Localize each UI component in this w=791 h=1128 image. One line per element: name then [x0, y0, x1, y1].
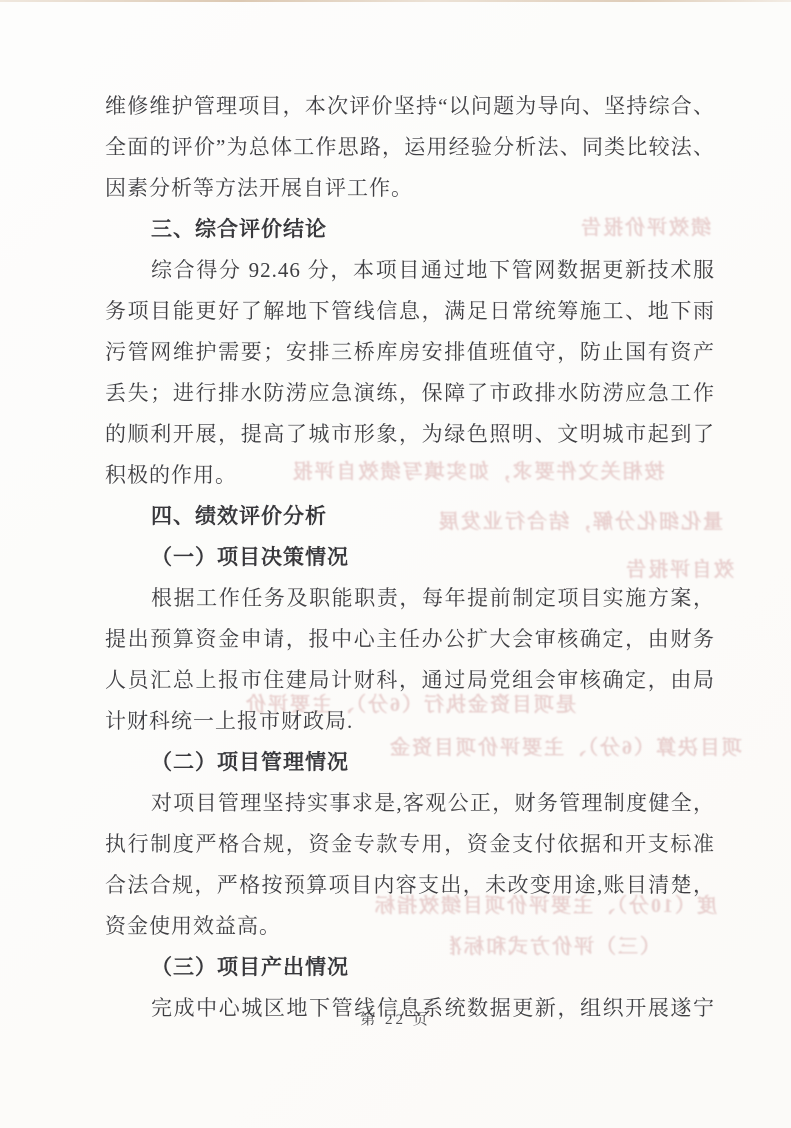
heading-section-3: 三、综合评价结论	[105, 209, 715, 250]
body-line: 维修维护管理项目，本次评价坚持“以问题为导向、坚持综合、	[105, 86, 715, 127]
body-line: 执行制度严格合规，资金专款专用，资金支付依据和开支标准	[105, 824, 715, 865]
page-number: 第 22 页	[0, 1008, 791, 1029]
body-line: 根据工作任务及职能职责，每年提前制定项目实施方案，	[105, 578, 715, 619]
body-line: 资金使用效益高。	[105, 906, 715, 947]
body-line: 因素分析等方法开展自评工作。	[105, 168, 715, 209]
heading-section-4: 四、绩效评价分析	[105, 496, 715, 537]
document-page: 绩效评价报告 按相关文件要求，如实填写绩效自评报 量化细化分解，结合行业发展 效…	[0, 0, 791, 1128]
heading-subsection-3: （三）项目产出情况	[105, 947, 715, 988]
heading-subsection-2: （二）项目管理情况	[105, 742, 715, 783]
body-line: 积极的作用。	[105, 455, 715, 496]
body-line: 污管网维护需要；安排三桥库房安排值班值守，防止国有资产	[105, 332, 715, 373]
body-line: 综合得分 92.46 分，本项目通过地下管网数据更新技术服	[105, 250, 715, 291]
heading-subsection-1: （一）项目决策情况	[105, 537, 715, 578]
body-line: 合法合规，严格按预算项目内容支出，未改变用途,账目清楚，	[105, 865, 715, 906]
body-line: 的顺利开展，提高了城市形象，为绿色照明、文明城市起到了	[105, 414, 715, 455]
body-line: 提出预算资金申请，报中心主任办公扩大会审核确定，由财务	[105, 619, 715, 660]
body-line: 计财科统一上报市财政局.	[105, 701, 715, 742]
body-line: 丢失；进行排水防涝应急演练，保障了市政排水防涝应急工作	[105, 373, 715, 414]
document-body: 维修维护管理项目，本次评价坚持“以问题为导向、坚持综合、 全面的评价”为总体工作…	[0, 0, 791, 1029]
body-line: 对项目管理坚持实事求是,客观公正，财务管理制度健全，	[105, 783, 715, 824]
body-line: 务项目能更好了解地下管线信息，满足日常统筹施工、地下雨	[105, 291, 715, 332]
body-line: 全面的评价”为总体工作思路，运用经验分析法、同类比较法、	[105, 127, 715, 168]
body-line: 人员汇总上报市住建局计财科，通过局党组会审核确定，由局	[105, 660, 715, 701]
